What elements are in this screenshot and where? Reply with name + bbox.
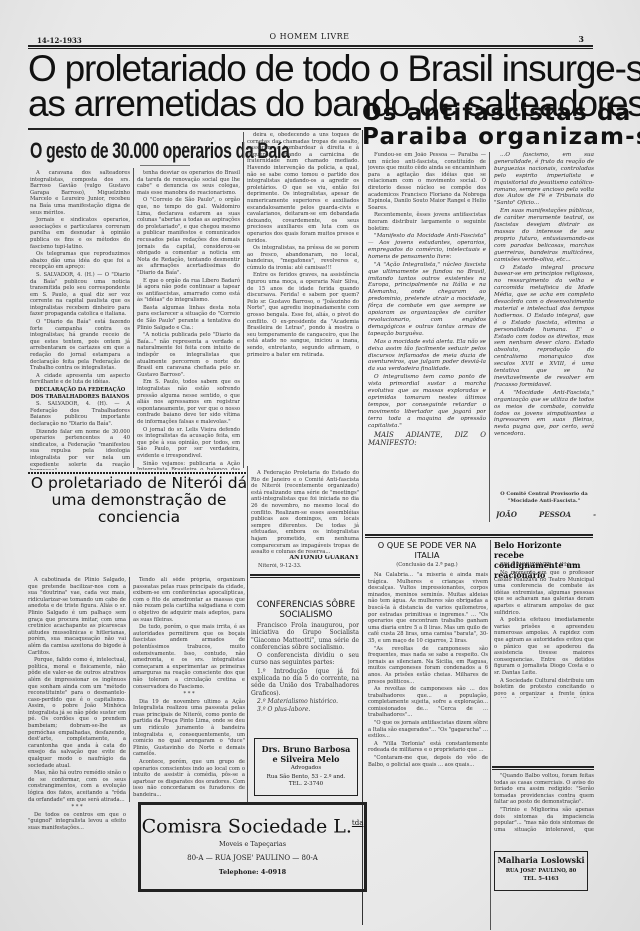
paraiba-title-line2: Paraiba organizam-se (362, 124, 637, 150)
paraiba-col1: Fundou-se em João Pessoa — Paraiba — um … (368, 152, 486, 522)
paragraph: Mas, não há outro remédio sinão o de se … (28, 770, 126, 803)
paragraph: A Sociedade Cultural distribuiu um bolet… (494, 678, 594, 699)
paragraph: A caravana dos salteadores integralistas… (30, 170, 130, 216)
column-divider (243, 132, 244, 468)
paragraph: A "Villa Torlonia" está constantemente r… (368, 741, 488, 754)
malharia-name: Malharia Loslowski (495, 854, 587, 866)
paragraph: O conferencista dividiu o seu curso nas … (251, 652, 359, 667)
italia-continued: "Quando Balbo voltou, foram feitas todas… (494, 773, 594, 833)
paragraph: Tendo ali sêde própria, organizam passea… (133, 577, 245, 623)
masthead-rule (28, 45, 593, 47)
paragraph: S. SALVADOR, 4. (H). — A Federação dos T… (30, 401, 130, 427)
bahia-col1: A caravana dos salteadores integralistas… (30, 170, 130, 470)
bahia-col3: deira e, obedecendo a uns toques de corn… (247, 132, 359, 470)
paragraph: Dia 19 de novembro ultimo a Ação Integra… (133, 699, 245, 758)
separator-stars: * * * (28, 804, 126, 811)
socialismo-title: CONFERENCIAS SÔBRE SOCIALISMO (250, 600, 362, 620)
lawyer-ad: Drs. Bruno Barbosa e Silveira Melo Advog… (254, 738, 358, 796)
bahia-article-title: O gesto de 30.000 operarios da Baía (30, 138, 185, 164)
paragraph: Os telegramas que reproduzimos abaixo dã… (30, 251, 130, 271)
paragraph: tenha desviar os operarios do Brasil da … (137, 170, 240, 196)
paragraph: "O que os jornais antifascistas dizem sô… (368, 720, 488, 740)
paragraph: As revoltas de camponeses são ... dos tr… (368, 686, 488, 719)
paragraph: A policia efetuou imediatamente varias p… (494, 617, 594, 676)
headline-rule (28, 128, 361, 130)
paragraph: "A noticia publicada pelo "Diario da Baí… (137, 332, 240, 378)
column-divider (129, 577, 130, 802)
furniture-ad: Comisra Sociedade L.tda Moveis e Tapeçar… (138, 802, 367, 892)
lawyer-phone: TEL. 2-3740 (255, 781, 357, 788)
paragraph: Acontece, porém, que um grupo de operari… (133, 759, 245, 799)
paragraph: Mas a mocidade está alerta. Ela não se d… (368, 339, 486, 374)
column-divider (489, 152, 490, 522)
bahia-col2: tenha desviar os operarios do Brasil da … (137, 170, 240, 470)
italia-title: O QUE SE PODE VER NA ITALIA (366, 540, 488, 560)
paragraph: "A "Ação Integralista," núcleo fascista … (368, 262, 486, 338)
paraiba-col2: ...O fascismo, em sua generalidade, é fr… (494, 152, 594, 474)
section-rule-thin (365, 537, 593, 538)
section-rule (492, 766, 594, 768)
newspaper-name: O HOMEM LIVRE (27, 32, 592, 41)
paragraph: Recentemente, êsses jovens antifascistas… (368, 212, 486, 232)
italia-body: Na Calabria... "a miseria é ainda mais t… (368, 572, 488, 922)
newspaper-page: 14-12-1933 O HOMEM LIVRE 3 O proletariad… (0, 0, 640, 931)
lawyer-names: Drs. Bruno Barbosa (255, 744, 357, 754)
subhead: MAIS ADIANTE, DIZ O MANIFESTO: (368, 431, 486, 447)
paragraph: O "Correio de São Paulo", o orgão que, n… (137, 197, 240, 276)
company-name: Comisra Sociedade L.tda (141, 811, 364, 838)
paragraph: O jornal do sr. Lelis Vieira defendo os … (137, 427, 240, 460)
malharia-phone: TEL. 5-4163 (495, 876, 587, 883)
paragraph: No momento em que o professor Casalo rea… (494, 570, 594, 616)
lawyer-names-2: e Silveira Melo (255, 754, 357, 764)
paragraph: "As revoltas de camponeses são frequente… (368, 646, 488, 686)
paragraph: Entre os feridos graves, na assistência … (247, 272, 359, 358)
paragraph: Na Calabria... "a miseria é ainda mais t… (368, 572, 488, 645)
masthead: 14-12-1933 O HOMEM LIVRE 3 (27, 32, 592, 46)
list-item: 2.º Materialismo histórico. (251, 698, 359, 705)
paraiba-title-line1: Os antifascistas da (362, 100, 637, 126)
paragraph: A Federação Proletaria do Estado do Rio … (251, 470, 359, 554)
column-divider (247, 466, 248, 802)
paragraph: Fundou-se em João Pessoa — Paraiba — um … (368, 152, 486, 211)
lawyer-profession: Advogados (255, 764, 357, 773)
title-ornament (140, 165, 190, 166)
malharia-address: RUA JOSE' PAULINO, 80 (495, 866, 587, 876)
paragraph: "Tirinio e Migliorina são apenas dois si… (494, 807, 594, 833)
section-rule-thin (250, 577, 360, 578)
section-rule (365, 534, 593, 536)
paragraph: "Contaram-me que, depois do vôo de Balbo… (368, 755, 488, 768)
niteroi-col3: A Federação Proletaria do Estado do Rio … (251, 470, 359, 554)
niteroi-author: ANTONIO GUARANY (251, 555, 359, 563)
company-tagline: Moveis e Tapeçarias (141, 838, 364, 851)
paragraph: "Manifesto da Mocidade Anti-Fascista" — … (368, 233, 486, 261)
niteroi-dateline: Niterói, 9-12-33. (258, 563, 358, 571)
column-divider (133, 168, 134, 468)
bh-body: No momento em que o professor Casalo rea… (494, 570, 594, 698)
company-suffix: tda (352, 819, 363, 827)
paragraph: O integralismo tem como ponto de vista p… (368, 374, 486, 429)
paragraph: S. SALVADOR, 4. (H.) — O "Diario da Baía… (30, 272, 130, 318)
separator-stars: * * * (133, 691, 245, 698)
list-item: 1.º Introdução (que já foi explicada no … (251, 668, 359, 697)
paragraph: ...O fascismo, em sua generalidade, é fr… (494, 152, 594, 207)
paragraph: Os integralistas, na préssa de se porem … (247, 245, 359, 271)
subhead: DECLARAÇÃO DA FEDERAÇÃO DOS TRABALHADORE… (30, 387, 130, 400)
paragraph: O Estado integral procura basear-se em p… (494, 265, 594, 389)
paragraph: De tudo, porém, o que mais irrita, é as … (133, 624, 245, 690)
niteroi-col2: Tendo ali sêde própria, organizam passea… (133, 577, 245, 802)
column-divider (490, 540, 491, 930)
paragraph: Em suas manifestações públicas, de carát… (494, 208, 594, 263)
paragraph: Basta algumas linhas desta nota para esc… (137, 305, 240, 331)
manifesto-text: "Manifesto da Mocidade Anti-Fascista" — … (368, 233, 486, 446)
paragraph: Sinão vejamos: publicaria a Ação Integra… (137, 461, 240, 470)
paraiba-location: JOÃO PESSOA - PARAIBA". (496, 510, 596, 520)
paragraph: De todos os centros em que o "guignol" i… (28, 812, 126, 832)
socialismo-body: Francisco Frola inaugurou, por iniciativ… (251, 622, 359, 712)
paragraph: A "Mocidade Anti-Fascista," organização … (494, 390, 594, 438)
niteroi-col1: A cabotinada de Plinio Salgado, que pret… (28, 577, 126, 922)
paragraph: Francisco Frola inaugurou, por iniciativ… (251, 622, 359, 651)
paragraph: A cidade apresenta um aspecto fervilhant… (30, 373, 130, 386)
malharia-ad: Malharia Loslowski RUA JOSE' PAULINO, 80… (494, 851, 588, 891)
paragraph: Jornais e sindicatos operarios, associaç… (30, 217, 130, 250)
paraiba-signature: O Comité Central Provisorio da "Mocidade… (494, 491, 594, 505)
company-phone: Telephone: 4-0918 (141, 865, 364, 879)
paragraph: E que o orgão da rua Libero Badaró já ag… (137, 278, 240, 304)
paragraph: Em S. Paulo, todos sabem que os integral… (137, 379, 240, 425)
paragraph: "Quando Balbo voltou, foram feitas todas… (494, 773, 594, 806)
section-rule-thin (492, 769, 594, 770)
page-number: 3 (578, 34, 584, 44)
paragraph: Dizendo falar em nome de 30.000 operario… (30, 429, 130, 470)
lawyer-address: Rua São Bento, 53 - 2.º and. (255, 773, 357, 781)
list-item: 3.º O plus-labore. (251, 706, 359, 712)
paragraph: O "Diario da Baía" está fazendo forte ca… (30, 319, 130, 372)
company-name-text: Comisra Sociedade L. (142, 815, 352, 837)
niteroi-article-title: O proletariado de Niterói dá uma demonst… (25, 475, 253, 526)
company-address: 80-A — RUA JOSE' PAULINO — 80-A (141, 851, 364, 865)
paragraph: Porque, falido como é, intelectual, polí… (28, 657, 126, 769)
section-rule (250, 574, 360, 576)
bh-dateline: BELO HORIZONTE, 1 (H.) — (500, 562, 594, 570)
italia-continuation: (Conclusão da 2.ª pag.) (366, 562, 488, 570)
paragraph: A cabotinada de Plinio Salgado, que pret… (28, 577, 126, 656)
paragraph: deira e, obedecendo a uns toques de corn… (247, 132, 359, 244)
